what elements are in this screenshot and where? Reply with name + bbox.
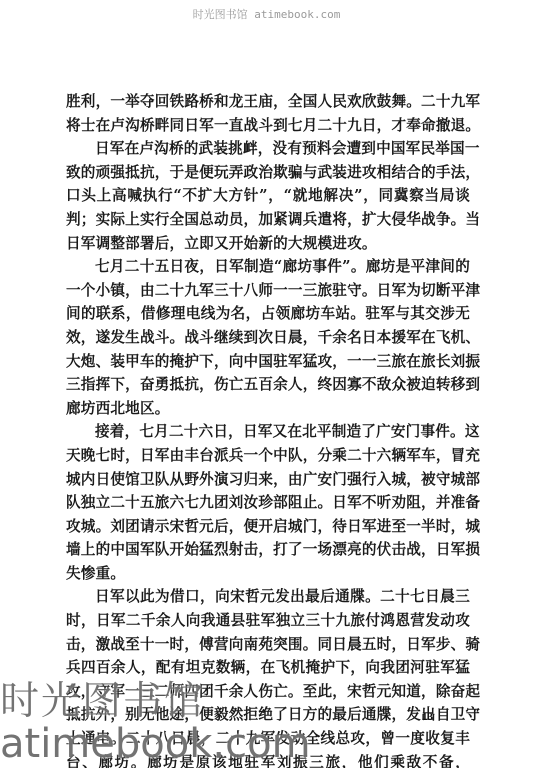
- text-line: 队独立二十五旅六七九团刘汝珍部阻止。日军不听劝阻，并准备: [66, 491, 470, 515]
- text-line: 效，遂发生战斗。战斗继续到次日晨，千余名日本援军在飞机、: [66, 326, 470, 350]
- text-line: 日军在卢沟桥的武装挑衅，没有预料会遭到中国军民举国一: [66, 137, 470, 161]
- text-line: 时，日军二千余人向我通县驻军独立三十九旅付鸿恩营发动攻: [66, 609, 470, 633]
- text-line: 胜利，一举夺回铁路桥和龙王庙，全国人民欢欣鼓舞。二十九军: [66, 90, 470, 114]
- text-line: 接着，七月二十六日，日军又在北平制造了广安门事件。这: [66, 420, 470, 444]
- text-line: 廊坊西北地区。: [66, 397, 470, 421]
- text-line: 天晚七时，日军由丰台派兵一个中队，分乘二十六辆军车，冒充: [66, 444, 470, 468]
- page-body: 胜利，一举夺回铁路桥和龙王庙，全国人民欢欣鼓舞。二十九军将士在卢沟桥畔同日军一直…: [66, 90, 470, 768]
- text-line: 一个小镇，由二十九军三十八师一一三旅驻守。日军为切断平津: [66, 279, 470, 303]
- page-number: 13: [422, 711, 433, 723]
- text-line: 兵四百余人，配有坦克数辆，在飞机掩护下，向我团河驻军猛: [66, 656, 470, 680]
- header-watermark: 时光图书馆 atimebook.com: [0, 6, 533, 22]
- text-line: 攻城。刘团请示宋哲元后，便开启城门，待日军进至一半时，城: [66, 515, 470, 539]
- text-line: 间的联系，借修理电线为名，占领廊坊车站。驻军与其交涉无: [66, 302, 470, 326]
- text-line: 致的顽强抵抗，于是便玩弄政治欺骗与武装进攻相结合的手法，: [66, 161, 470, 185]
- text-line: 墙上的中国军队开始猛烈射击，打了一场漂亮的伏击战，日军损: [66, 538, 470, 562]
- text-line: 将士在卢沟桥畔同日军一直战斗到七月二十九日，才奉命撤退。: [66, 114, 470, 138]
- text-line: 击，激战至十一时，傅营向南苑突围。同日晨五时，日军步、骑: [66, 633, 470, 657]
- text-line: 判；实际上实行全国总动员，加紧调兵遣将，扩大侵华战争。当: [66, 208, 470, 232]
- watermark-english: atimebook.com: [0, 720, 311, 768]
- text-line: 日军以此为借口，向宋哲元发出最后通牒。二十七日晨三: [66, 585, 470, 609]
- text-line: 城内日使馆卫队从野外演习归来，由广安门强行入城，被守城部: [66, 468, 470, 492]
- text-line: 三指挥下，奋勇抵抗，伤亡五百余人，终因寡不敌众被迫转移到: [66, 373, 470, 397]
- text-line: 七月二十五日夜，日军制造“廊坊事件”。廊坊是平津间的: [66, 255, 470, 279]
- text-line: 日军调整部署后，立即又开始新的大规模进攻。: [66, 232, 470, 256]
- watermark-chinese: 时光图书馆: [0, 680, 205, 724]
- text-line: 失惨重。: [66, 562, 470, 586]
- text-line: 大炮、装甲车的掩护下，向中国驻军猛攻，一一三旅在旅长刘振: [66, 350, 470, 374]
- text-line: 口头上高喊执行“不扩大方针”，“就地解决”，同冀察当局谈: [66, 184, 470, 208]
